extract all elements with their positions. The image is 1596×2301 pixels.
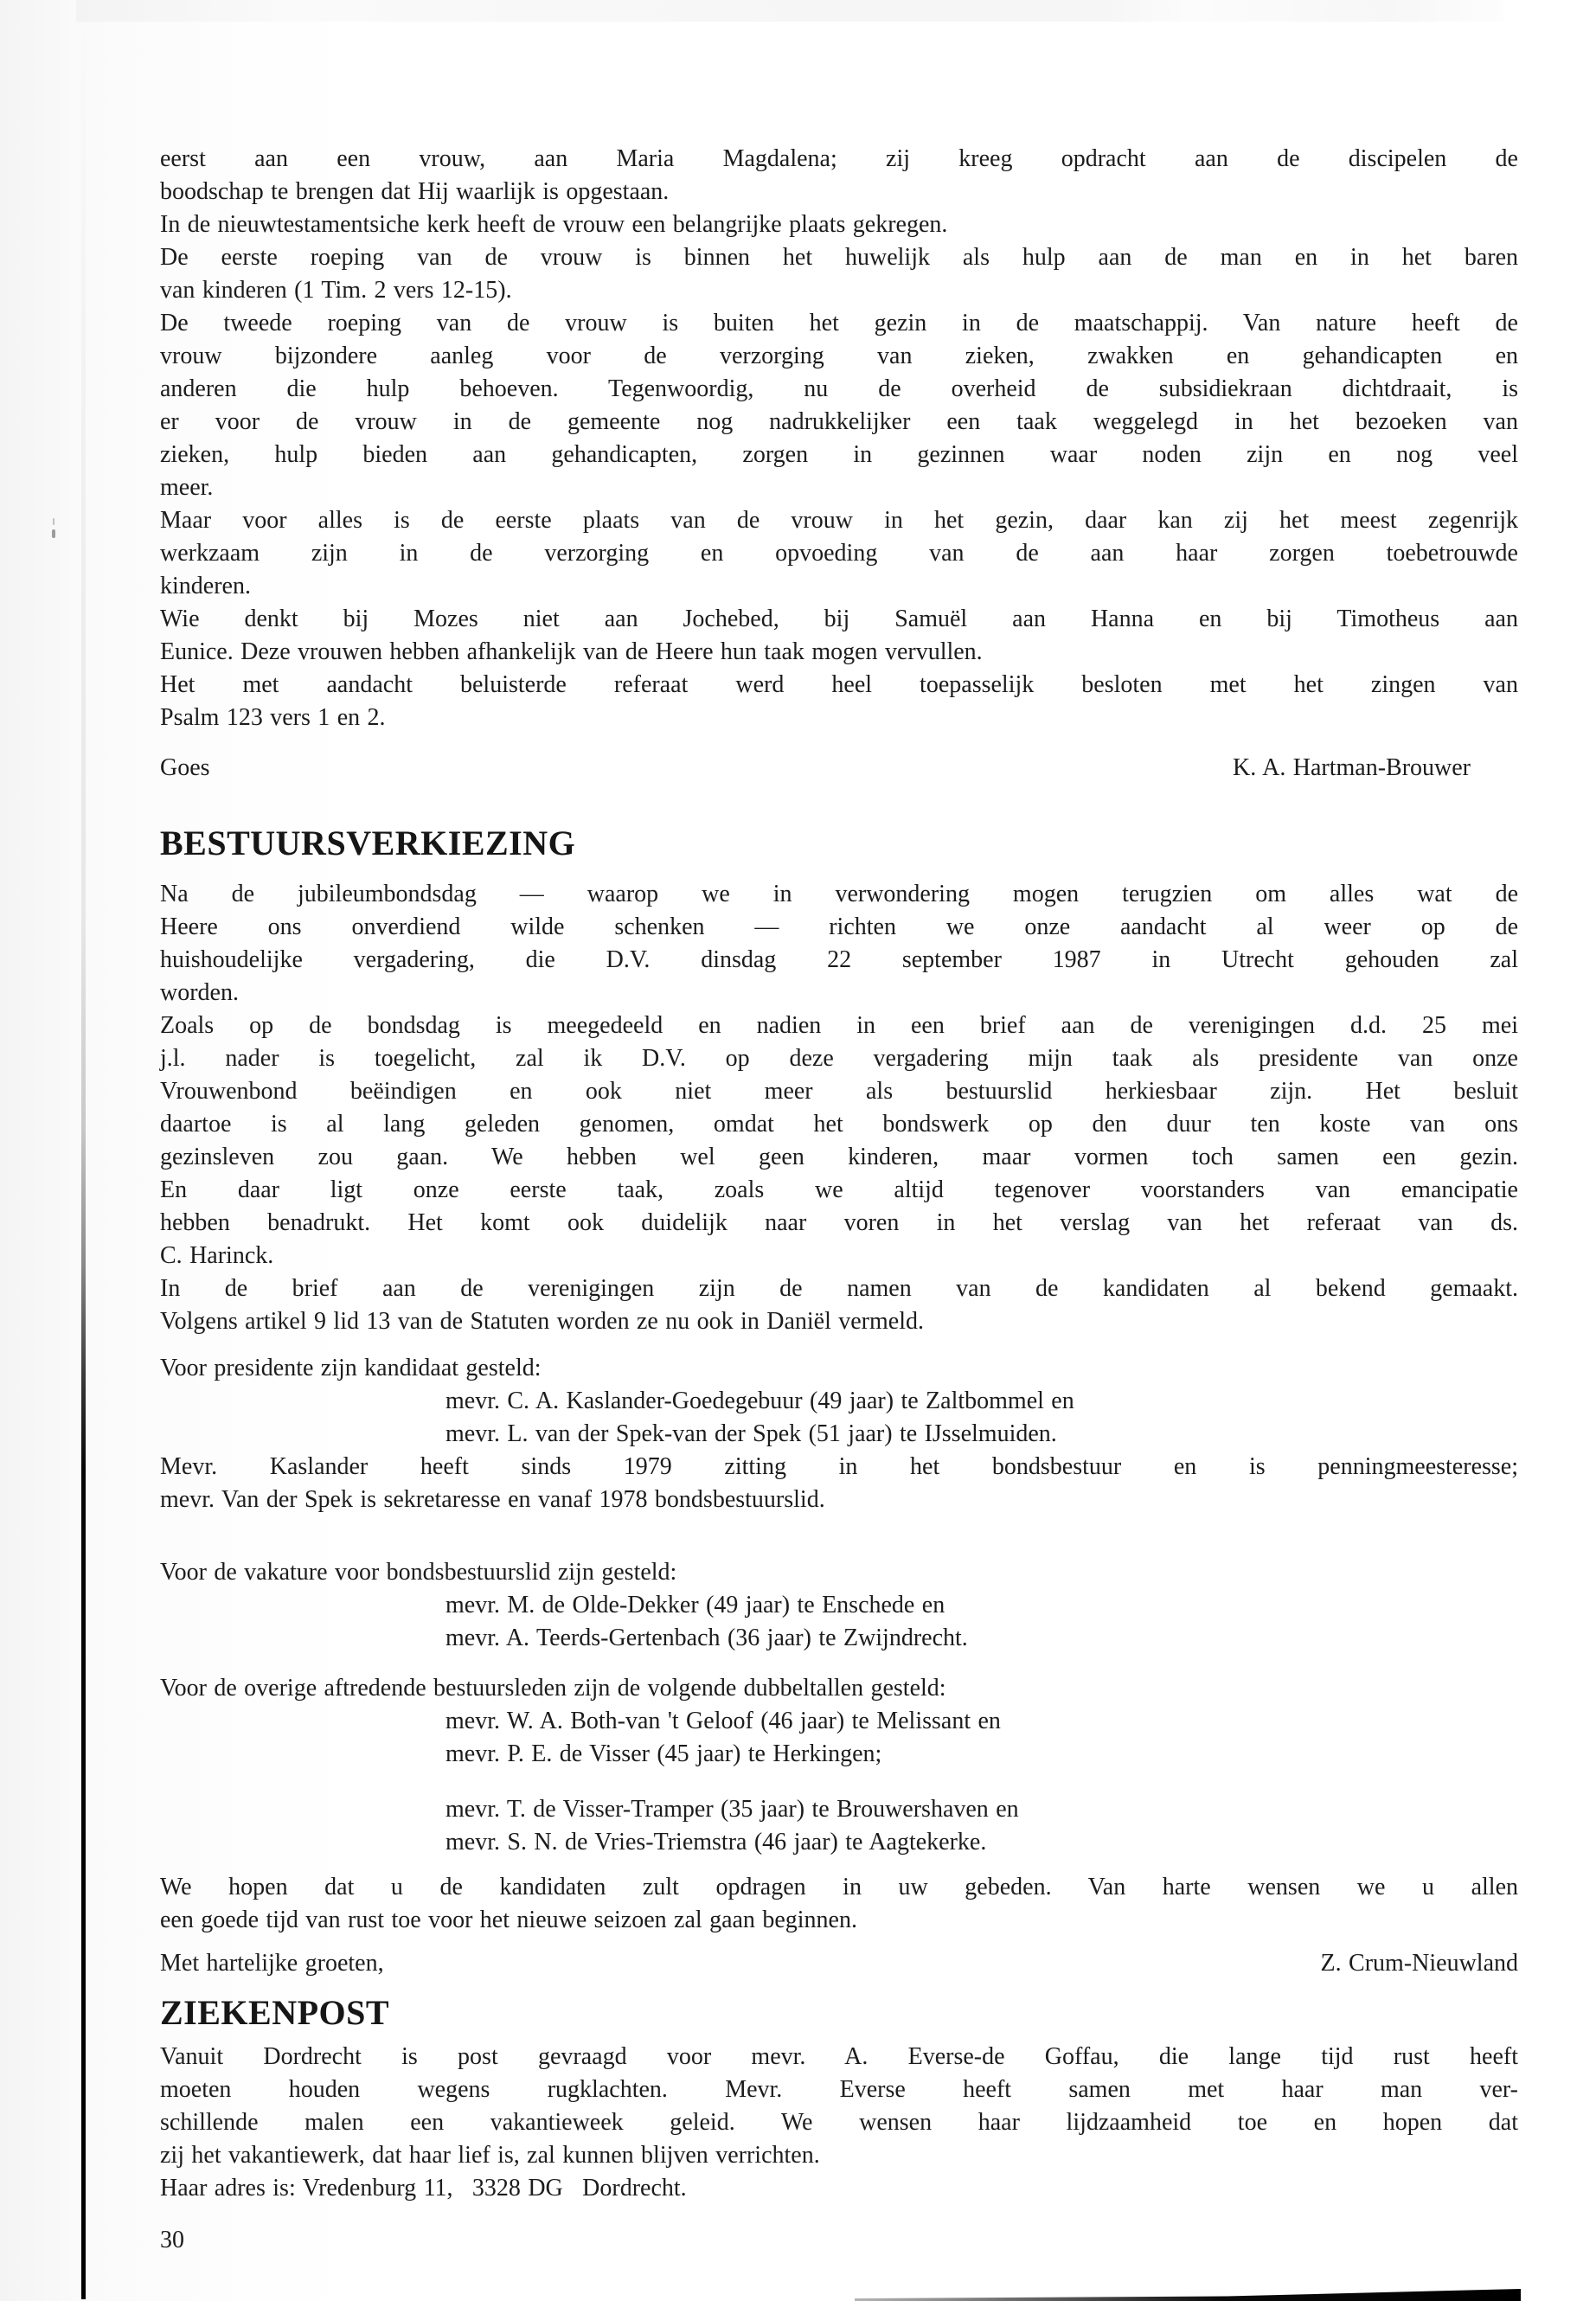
text-line: gezinsleven zou gaan. We hebben wel geen… xyxy=(160,1141,1518,1174)
text-line: Wie denkt bij Mozes niet aan Jochebed, b… xyxy=(160,603,1518,636)
signature-row-crum: Met hartelijke groeten, Z. Crum-Nieuwlan… xyxy=(160,1947,1518,1980)
text-line: We hopen dat u de kandidaten zult opdrag… xyxy=(160,1871,1518,1904)
bestuur-slotwoord: We hopen dat u de kandidaten zult opdrag… xyxy=(160,1871,1518,1937)
text-line: mevr. Van der Spek is sekretaresse en va… xyxy=(160,1484,1518,1516)
text-line: De tweede roeping van de vrouw is buiten… xyxy=(160,307,1518,340)
kandidaat-line: mevr. C. A. Kaslander-Goedegebuur (49 ja… xyxy=(160,1385,1518,1418)
text-line: Voor presidente zijn kandidaat gesteld: xyxy=(160,1352,1518,1385)
text-line: moeten houden wegens rugklachten. Mevr. … xyxy=(160,2073,1518,2106)
ziekenpost-paragraph: Vanuit Dordrecht is post gevraagd voor m… xyxy=(160,2041,1518,2205)
kandidaten-vakature: Voor de vakature voor bondsbestuurslid z… xyxy=(160,1556,1518,1655)
text-line: In de brief aan de verenigingen zijn de … xyxy=(160,1272,1518,1305)
text-line: Eunice. Deze vrouwen hebben afhankelijk … xyxy=(160,636,1518,669)
kandidaat-line: mevr. M. de Olde-Dekker (49 jaar) te Ens… xyxy=(160,1589,1518,1622)
text-line: C. Harinck. xyxy=(160,1240,1518,1272)
text-line: Mevr. Kaslander heeft sinds 1979 zitting… xyxy=(160,1451,1518,1484)
kandidaat-line: mevr. S. N. de Vries-Triemstra (46 jaar)… xyxy=(160,1826,1518,1859)
text-line: Vrouwenbond beëindigen en ook niet meer … xyxy=(160,1075,1518,1108)
text-line: j.l. nader is toegelicht, zal ik D.V. op… xyxy=(160,1042,1518,1075)
section-heading-ziekenpost: ZIEKENPOST xyxy=(160,1994,1518,2032)
text-line: huishoudelijke vergadering, die D.V. din… xyxy=(160,944,1518,977)
text-line: Voor de overige aftredende bestuursleden… xyxy=(160,1672,1518,1705)
scan-fold-line xyxy=(81,0,86,2299)
scanned-page: eerst aan een vrouw, aan Maria Magdalena… xyxy=(0,0,1596,2301)
kandidaat-line: mevr. W. A. Both-van 't Geloof (46 jaar)… xyxy=(160,1705,1518,1738)
text-line: anderen die hulp behoeven. Tegenwoordig,… xyxy=(160,373,1518,406)
kandidaten-presidente: Voor presidente zijn kandidaat gesteld: … xyxy=(160,1352,1518,1516)
text-line: Vanuit Dordrecht is post gevraagd voor m… xyxy=(160,2041,1518,2073)
text-line: hebben benadrukt. Het komt ook duidelijk… xyxy=(160,1207,1518,1240)
text-line: Psalm 123 vers 1 en 2. xyxy=(160,702,1518,734)
text-line: En daar ligt onze eerste taak, zoals we … xyxy=(160,1174,1518,1207)
kandidaat-line: mevr. L. van der Spek-van der Spek (51 j… xyxy=(160,1418,1518,1451)
text-line: Zoals op de bondsdag is meegedeeld en na… xyxy=(160,1009,1518,1042)
scan-edge-shading xyxy=(76,0,1503,22)
signature-place: Goes xyxy=(160,752,210,785)
text-line: vrouw bijzondere aanleg voor de verzorgi… xyxy=(160,340,1518,373)
kandidaat-line: mevr. A. Teerds-Gertenbach (36 jaar) te … xyxy=(160,1622,1518,1655)
signature-row-hartman: Goes K. A. Hartman-Brouwer xyxy=(160,752,1518,785)
text-line: daartoe is al lang geleden genomen, omda… xyxy=(160,1108,1518,1141)
text-line: meer. xyxy=(160,471,1518,504)
text-line: Volgens artikel 9 lid 13 van de Statuten… xyxy=(160,1305,1518,1338)
text-line: Maar voor alles is de eerste plaats van … xyxy=(160,504,1518,537)
text-line: eerst aan een vrouw, aan Maria Magdalena… xyxy=(160,143,1518,176)
bestuur-paragraph: Na de jubileumbondsdag — waarop we in ve… xyxy=(160,878,1518,1338)
page-text-column: eerst aan een vrouw, aan Maria Magdalena… xyxy=(160,143,1518,2257)
text-line: Voor de vakature voor bondsbestuurslid z… xyxy=(160,1556,1518,1589)
text-line: In de nieuwtestamentsiche kerk heeft de … xyxy=(160,208,1518,241)
page-number: 30 xyxy=(160,2224,1518,2257)
text-line: Na de jubileumbondsdag — waarop we in ve… xyxy=(160,878,1518,911)
text-line: schillende malen een vakantieweek geleid… xyxy=(160,2106,1518,2139)
text-line: een goede tijd van rust toe voor het nie… xyxy=(160,1904,1518,1937)
text-line: Heere ons onverdiend wilde schenken — ri… xyxy=(160,911,1518,944)
text-line: De eerste roeping van de vrouw is binnen… xyxy=(160,241,1518,274)
kandidaat-line: mevr. P. E. de Visser (45 jaar) te Herki… xyxy=(160,1738,1518,1771)
signature-greeting: Met hartelijke groeten, xyxy=(160,1947,384,1980)
scan-speck xyxy=(52,529,55,538)
text-line: van kinderen (1 Tim. 2 vers 12-15). xyxy=(160,274,1518,307)
signature-name: K. A. Hartman-Brouwer xyxy=(1233,752,1518,785)
text-line: Haar adres is: Vredenburg 11, 3328 DG Do… xyxy=(160,2172,1518,2205)
scan-bottom-smudge xyxy=(855,2287,1521,2301)
text-line: werkzaam zijn in de verzorging en opvoed… xyxy=(160,537,1518,570)
kandidaat-line: mevr. T. de Visser-Tramper (35 jaar) te … xyxy=(160,1793,1518,1826)
signature-name: Z. Crum-Nieuwland xyxy=(1321,1947,1518,1980)
text-line: worden. xyxy=(160,977,1518,1009)
kandidaten-overige: Voor de overige aftredende bestuursleden… xyxy=(160,1672,1518,1771)
text-line: kinderen. xyxy=(160,570,1518,603)
intro-paragraphs: eerst aan een vrouw, aan Maria Magdalena… xyxy=(160,143,1518,734)
text-line: zij het vakantiewerk, dat haar lief is, … xyxy=(160,2139,1518,2172)
text-line: Het met aandacht beluisterde referaat we… xyxy=(160,669,1518,702)
text-line: er voor de vrouw in de gemeente nog nadr… xyxy=(160,406,1518,439)
text-line: boodschap te brengen dat Hij waarlijk is… xyxy=(160,176,1518,208)
kandidaten-dubbeltal-2: mevr. T. de Visser-Tramper (35 jaar) te … xyxy=(160,1793,1518,1859)
section-heading-bestuursverkiezing: BESTUURSVERKIEZING xyxy=(160,824,1518,862)
text-line: zieken, hulp bieden aan gehandicapten, z… xyxy=(160,439,1518,471)
